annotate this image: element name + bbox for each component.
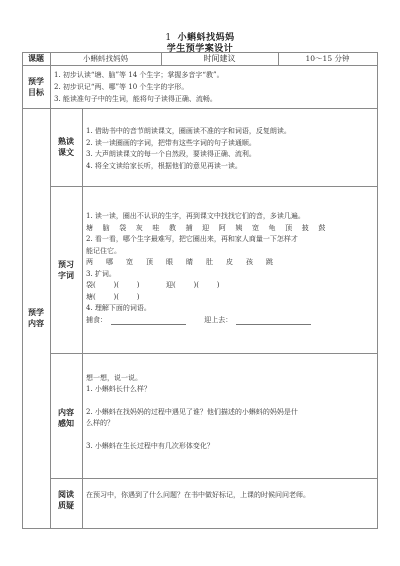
vocab-item-1: 1. 读一读，圈出不认识的生字，再到课文中找找它们的音，多读几遍。 [86, 211, 335, 223]
table-border-bottom [22, 528, 378, 529]
perception-intro: 想一想，说一说。 [86, 373, 298, 384]
perception-q2-line2: 么样的？ [86, 418, 298, 441]
perception-q1: 1. 小蝌蚪长什么样？ [86, 384, 298, 407]
vocab-item-2-line2: 能记住它。 [86, 246, 335, 258]
row-divider-vocab [50, 353, 378, 354]
reading-item: 3. 大声朗读课文的每一个自然段，要读得正确、流利。 [86, 149, 291, 161]
expand-row-2: 塘( )( ) [86, 292, 335, 304]
goals-list: 1. 初步认读“塘、脑”等 14 个生字；掌握多音字“教”。 2. 初步识记“两… [54, 70, 224, 106]
vocab-char: 袋 [119, 223, 136, 233]
vocab-char: 肚 [206, 257, 226, 267]
topic-value: 小蝌蚪找妈妈 [50, 54, 161, 64]
reading-label-line1: 熟读 [50, 136, 82, 147]
reading-item: 4. 将全文读给家长听，根据他们的意见再读一读。 [86, 161, 291, 173]
vocab-char: 迎 [202, 223, 219, 233]
time-label: 时间建议 [161, 53, 278, 64]
content-label-line2: 内容 [22, 318, 50, 329]
goals-label-line1: 预学 [22, 76, 50, 87]
questions-label: 阅读 质疑 [50, 489, 82, 511]
vocab-label-line1: 预习 [50, 259, 82, 270]
perception-label-line1: 内容 [50, 407, 82, 418]
row-divider-reading [50, 186, 378, 187]
perception-label-line2: 感知 [50, 418, 82, 429]
vocab-char: 皮 [226, 257, 246, 267]
perception-q3: 3. 小蝌蚪在生长过程中有几次形体变化？ [86, 441, 298, 452]
reading-item: 1. 借助书中的音节朗读课文，圈画读不准的字和词语，反复朗读。 [86, 126, 291, 138]
vocab-char: 跳 [266, 257, 286, 267]
questions-text: 在预习中，你遇到了什么问题？在书中做好标记，上课的时候问问老师。 [86, 490, 310, 500]
content-label-line1: 预学 [22, 307, 50, 318]
vocab-chars-2: 两哪宽顶眼睛肚皮孩跳 [86, 257, 335, 269]
expand-word-ying[interactable]: 迎( )( ) [166, 281, 220, 289]
vocab-char: 哪 [106, 257, 126, 267]
vocab-char: 宽 [252, 223, 269, 233]
term-bushi-blank[interactable] [111, 317, 186, 325]
vocab-char: 教 [169, 223, 186, 233]
perception-q2-line1: 2. 小蝌蚪在找妈妈的过程中遇见了谁？他们描述的小蝌蚪的妈妈是什 [86, 407, 298, 418]
vocab-char: 顶 [146, 257, 166, 267]
goal-item: 2. 初步识记“两、哪”等 10 个生字的字形。 [54, 82, 224, 94]
term-bushi-label: 捕食： [86, 316, 107, 324]
vocab-char: 阿 [219, 223, 236, 233]
row-divider-perception [50, 478, 378, 479]
vocab-section: 1. 读一读，圈出不认识的生字，再到课文中找找它们的音，多读几遍。 塘脑袋灰哇教… [86, 211, 335, 326]
vocab-char: 捕 [186, 223, 203, 233]
vocab-char: 顶 [285, 223, 302, 233]
expand-row-1: 袋( )( )迎( )( ) [86, 280, 335, 292]
table-border-right [377, 52, 378, 529]
vocab-item-3: 3. 扩词。 [86, 269, 335, 281]
reading-label-line2: 课文 [50, 147, 82, 158]
vocab-char: 塘 [86, 223, 103, 233]
vocab-label-line2: 字词 [50, 270, 82, 281]
term-yingshangqu-blank[interactable] [236, 317, 311, 325]
term-row: 捕食： 迎上去： [86, 315, 335, 327]
content-label: 预学 内容 [22, 307, 50, 329]
goal-item: 1. 初步认读“塘、脑”等 14 个生字；掌握多音字“教”。 [54, 70, 224, 82]
vocab-char: 眼 [166, 257, 186, 267]
row-divider-goals [22, 108, 378, 109]
vocab-char: 孩 [246, 257, 266, 267]
goals-label: 预学 目标 [22, 76, 50, 98]
vocab-char: 鼓 [318, 223, 335, 233]
col-divider-label [50, 52, 51, 529]
time-value: 10～15 分钟 [278, 54, 377, 64]
vocab-chars-1: 塘脑袋灰哇教捕迎阿姨宽龟顶披鼓 [86, 223, 335, 235]
expand-word-tang[interactable]: 塘( )( ) [86, 293, 140, 301]
vocab-char: 两 [86, 257, 106, 267]
vocab-char: 披 [302, 223, 319, 233]
col-divider-sublabel [82, 108, 83, 529]
questions-label-line1: 阅读 [50, 489, 82, 500]
vocab-char: 脑 [103, 223, 120, 233]
vocab-label: 预习 字词 [50, 259, 82, 281]
vocab-char: 睛 [186, 257, 206, 267]
table-border-left [22, 52, 23, 529]
questions-label-line2: 质疑 [50, 500, 82, 511]
reading-list: 1. 借助书中的音节朗读课文，圈画读不准的字和词语，反复朗读。 2. 读一读圈画… [86, 126, 291, 172]
vocab-char: 哇 [152, 223, 169, 233]
term-yingshangqu-label: 迎上去： [204, 316, 232, 324]
goals-label-line2: 目标 [22, 87, 50, 98]
topic-label: 课题 [22, 53, 50, 64]
perception-section: 想一想，说一说。 1. 小蝌蚪长什么样？ 2. 小蝌蚪在找妈妈的过程中遇见了谁？… [86, 373, 298, 452]
vocab-char: 龟 [269, 223, 286, 233]
vocab-char: 宽 [126, 257, 146, 267]
row-divider-header [22, 65, 378, 66]
vocab-char: 姨 [235, 223, 252, 233]
expand-word-dai[interactable]: 袋( )( ) [86, 280, 166, 290]
vocab-item-4: 4. 理解下面的词语。 [86, 303, 335, 315]
vocab-item-2-line1: 2. 看一看，哪个生字最难写，把它圈出来，再和家人商量一下怎样才 [86, 234, 335, 246]
reading-item: 2. 读一读圈画的字词，把带有这些字词的句子读通顺。 [86, 138, 291, 150]
perception-label: 内容 感知 [50, 407, 82, 429]
reading-label: 熟读 课文 [50, 136, 82, 158]
vocab-char: 灰 [136, 223, 153, 233]
goal-item: 3. 能读准句子中的生词，能将句子读得正确、流畅。 [54, 94, 224, 106]
